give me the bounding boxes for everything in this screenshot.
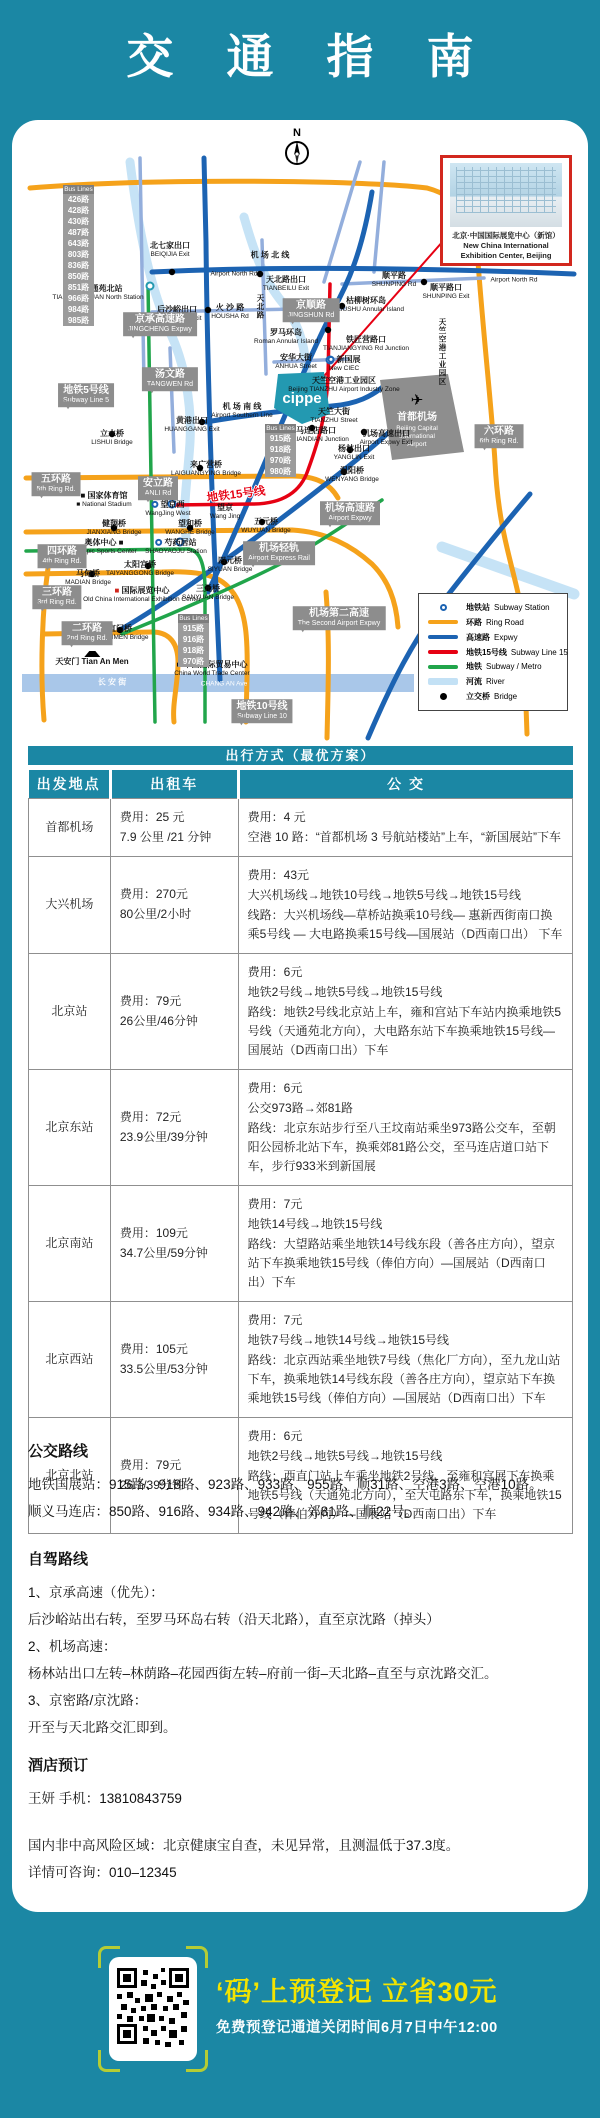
legend-line-icon [427,620,459,624]
map-label: Airport North Rd [211,270,258,277]
map-callout: 京顺路JINGSHUN Rd [283,298,340,322]
callout-cn: 地铁10号线 [236,701,287,713]
map-label-en: YANGLIN Exit [334,454,375,461]
bus-line-item: 966路 [63,293,94,304]
legend-label-cn: 立交桥 [466,692,490,701]
north-arrow: N [282,128,312,172]
legend-label-cn: 地铁15号线 [466,648,507,657]
bus-line-item: 916路 [178,634,209,645]
callout-en: JINGCHENG Expwy [128,326,192,334]
map-label-cn: 望和桥 [165,520,215,529]
venue-caption-en2: Exhibition Center, Beijing [445,251,567,261]
bus-line-item: 430路 [63,216,94,227]
bus-line-item: 918路 [265,444,296,455]
map-label-cn: 枯柳树环岛 [328,297,404,306]
callout-en: ANLI Rd [143,490,173,498]
bus-line-item: 918路 [178,645,209,656]
bus-line: 大兴机场线→地铁10号线→地铁5号线→地铁15号线 [248,886,563,905]
cell-departure: 北京东站 [29,1069,111,1185]
bus-line-item: 643路 [63,238,94,249]
legend-label-en: Bridge [494,692,517,701]
callout-cn: 汤文路 [147,369,193,381]
legend-label: 高速路Expwy [466,632,518,643]
map-label-en: Airport North Rd [491,276,538,283]
taxi-line: 费用：270元 [120,885,229,904]
table-header-row: 出发地点出租车公 交 [29,770,573,798]
map-label-en: JIANXIANG Bridge [87,529,142,536]
legend-label: 立交桥Bridge [466,691,517,702]
bus-line: 费用：43元 [248,866,563,885]
map-callout: 六环路6th Ring Rd. [475,424,524,448]
map-label-en: LAIGUANGYING Bridge [171,470,241,477]
section-line: 王妍 手机：13810843759 [28,1785,576,1812]
taxi-line: 费用：72元 [120,1108,229,1127]
callout-cn: 机场第二高速 [298,608,381,620]
map-label: 太阳宫桥TAIYANGGONG Bridge [106,561,174,577]
legend-line-icon [427,665,459,669]
taxi-line: 费用：79元 [120,992,229,1011]
venue-caption-cn: 北京·中国国际展览中心（新馆） [445,231,567,241]
map-label: 马甸桥MADIAN Bridge [65,570,111,586]
map-label: 望和桥WANGHE Bridge [165,520,215,536]
callout-en: JINGSHUN Rd [288,312,335,320]
bus-lines-header: Bus Lines [178,614,209,623]
table-row: 北京东站费用：72元23.9公里/39分钟费用：6元公交973路→郊81路路线：… [29,1069,573,1185]
map-label-cn: 铁匠营路口 [323,336,409,345]
map-callout: 二环路2nd Ring Rd. [62,621,113,645]
map-label-en: HOUSHA Rd [211,313,249,320]
trip-table-section: 出行方式（最优方案） 出发地点出租车公 交 首都机场费用：25 元7.9 公里 … [28,746,573,1534]
cell-taxi: 费用：72元23.9公里/39分钟 [110,1069,238,1185]
map-label-cn: 立水桥 [91,430,133,439]
bus-line: 路线：北京西站乘坐地铁7号线（焦化厂方向），至九龙山站下车，换乘地铁14号线东段… [248,1351,563,1408]
taxi-line: 7.9 公里 /21 分钟 [120,828,229,847]
map-label-en: WANGHE Bridge [165,529,215,536]
map-label-cn: 长 安 街 [98,679,126,688]
map-label-en: Beijing TIANZHU Airport Industry Zone [288,386,400,393]
callout-en: 2nd Ring Rd. [67,635,108,643]
legend-row: 地铁Subway / Metro [427,659,559,674]
north-label: N [282,128,312,139]
cell-departure: 大兴机场 [29,856,111,953]
bus-line: 费用：7元 [248,1311,563,1330]
section-line: 3、京密路/京沈路： [28,1687,576,1714]
legend-swatch [428,650,458,654]
map-label: 天北路出口TIANBEILU Exit [263,276,309,292]
bus-line: 路线：北京东站步行至八王坟南站乘坐973路公交车，至朝阳公园桥北站下车，换乘郊8… [248,1119,563,1176]
map-label-cn: 马甸桥 [65,570,111,579]
callout-en: TANGWEN Rd [147,381,193,389]
table-row: 大兴机场费用：270元80公里/2小时费用：43元大兴机场线→地铁10号线→地铁… [29,856,573,953]
taxi-line: 80公里/2小时 [120,905,229,924]
bus-line-item: 915路 [178,623,209,634]
cell-taxi: 费用：79元26公里/46分钟 [110,953,238,1069]
cell-taxi: 费用：109元34.7公里/59分钟 [110,1185,238,1301]
legend-label: 地铁站Subway Station [466,602,550,613]
map-callout: 地铁10号线Subway Line 10 [231,699,292,723]
callout-cn: 四环路 [43,546,82,558]
map-label-en: TIANJIANGYING Rd Junction [323,345,409,352]
venue-inset: 北京·中国国际展览中心（新馆） New China International … [440,155,572,266]
cell-taxi: 费用：270元80公里/2小时 [110,856,238,953]
map-label-en: WUYUAN Bridge [241,527,290,534]
bus-line-item: 836路 [63,260,94,271]
map-label: 望京Wang Jing [210,504,240,520]
taxi-line: 33.5公里/53分钟 [120,1360,229,1379]
map-label-en: SIYUAN Bridge [208,566,253,573]
section-line: 2、机场高速： [28,1633,576,1660]
callout-cn: 安立路 [143,478,173,490]
map-callout: 机场高速路Airport Expwy [320,501,380,525]
section-heading: 公交路线 [28,1440,576,1461]
transit-map: cippe ✈ 首都机场 Beijing Capital Internation… [12,122,588,747]
map-label-cn: ■ 国家体育馆 [76,492,131,501]
map-callout: 机场第二高速The Second Airport Expwy [293,606,386,630]
callout-en: Airport Express Rail [248,555,310,563]
bus-line-item: 985路 [63,315,94,326]
map-label: 天竺大街TIANZHU Street [310,408,357,424]
taxi-line: 23.9公里/39分钟 [120,1128,229,1147]
map-callout: 地铁5号线Subway Line 5 [58,383,114,407]
map-label-en: TIANZHU Street [310,417,357,424]
legend-label: 地铁15号线Subway Line 15 [466,647,568,658]
legend-label: 地铁Subway / Metro [466,661,542,672]
table-column-header: 出发地点 [29,770,111,798]
callout-cn: 机场高速路 [325,503,375,515]
footer-banner: ‘码’上预登记 立省30元 免费预登记通道关闭时间6月7日中午12:00 [0,1930,600,2118]
map-label: 枯柳树环岛KULIUSHU Annular Island [328,297,404,313]
map-label: 杨林出口YANGLIN Exit [334,445,375,461]
bus-line-item: 428路 [63,205,94,216]
legend-river-icon [427,678,459,685]
bus-line-item: 970路 [178,656,209,667]
map-label: 罗马环岛Roman Annular Island [254,329,318,345]
map-label: CHANG AN Ave [201,680,247,687]
legend-line-icon [427,635,459,639]
table-title: 出行方式（最优方案） [28,746,573,765]
taxi-line: 34.7公里/59分钟 [120,1244,229,1263]
map-label-cn: ■ 国际展览中心 [83,587,201,596]
cell-bus: 费用：43元大兴机场线→地铁10号线→地铁5号线→地铁15号线线路：大兴机场线—… [238,856,572,953]
map-label-en: LISHUI Bridge [91,439,133,446]
map-label-cn: 天北路出口 [263,276,309,285]
map-vertical-label: 天北路 [255,294,266,320]
subway-station-icon [156,539,163,546]
section-bus-routes: 公交路线地铁国展站：915路、918路、923路、933路、955路、顺31路、… [28,1440,576,1525]
section-line: 杨林站出口左转–林荫路–花园西街左转–府前一街–天北路–直至与京沈路交汇。 [28,1660,576,1687]
legend-swatch [428,620,458,624]
page-title: 交 通 指 南 [10,20,600,87]
legend-label-cn: 河流 [466,677,482,686]
taxi-line: 26公里/46分钟 [120,1012,229,1031]
pre-register-deadline: 免费预登记通道关闭时间6月7日中午12:00 [216,2016,498,2037]
map-label: 天竺空港工业园区Beijing TIANZHU Airport Industry… [288,377,400,393]
callout-cn: 地铁5号线 [63,385,109,397]
qr-code [98,1946,208,2072]
callout-cn: 京顺路 [288,300,335,312]
bus-line: 费用：6元 [248,1079,563,1098]
map-label-cn: 天竺空港工业园区 [288,377,400,386]
legend-label-en: River [486,677,505,686]
map-label-cn: 望京 [210,504,240,513]
bus-line-item: 851路 [63,282,94,293]
bus-line: 公交973路→郊81路 [248,1099,563,1118]
legend-label: 环路Ring Road [466,617,524,628]
map-label-en: WangJing West [145,510,190,517]
bus-line: 空港 10 路：“首都机场 3 号航站楼站”上车，“新国展站”下车 [248,828,563,847]
trip-table: 出发地点出租车公 交 首都机场费用：25 元7.9 公里 /21 分钟费用：4 … [28,770,573,1534]
traffic-guide-poster: { "colors":{"teal":"#1b87a4","orange":"#… [0,0,600,2118]
section-line: 详情可咨询：010–12345 [28,1859,576,1886]
map-callout: 五环路5th Ring Rd. [32,472,81,496]
legend-dot-icon [427,693,459,700]
map-callout: 三环路3rd Ring Rd. [32,585,81,609]
map-label-cn: 温阳桥 [325,467,379,476]
legend-swatch [428,665,458,669]
airport-label-cn: 首都机场 [397,410,437,423]
map-label: 芍药居站SHAOYAOJU Station [145,539,207,555]
legend-label-en: Ring Road [486,618,524,627]
map-label: ■ 国际展览中心Old China International Exhibiti… [83,587,201,603]
map-callout: 京承高速路JINGCHENG Expwy [123,312,197,336]
bus-line: 线路：大兴机场线—草桥站换乘10号线— 惠新西街南口换乘5号线 — 大电路换乘1… [248,906,563,944]
section-heading: 酒店预订 [28,1754,576,1775]
map-label-cn: 五元桥 [241,518,290,527]
map-label-cn: 天竺大街 [310,408,357,417]
map-label-cn: 顺平路 [372,272,416,281]
taxi-line: 费用：109元 [120,1224,229,1243]
callout-cn: 京承高速路 [128,314,192,326]
table-row: 北京站费用：79元26公里/46分钟费用：6元地铁2号线→地铁5号线→地铁15号… [29,953,573,1069]
cell-bus: 费用：7元地铁7号线→地铁14号线→地铁15号线路线：北京西站乘坐地铁7号线（焦… [238,1301,572,1417]
map-label: 顺平路SHUNPING Rd [372,272,416,288]
map-label-en: Roman Annular Island [254,338,318,345]
map-label-en: SHAOYAOJU Station [145,548,207,555]
cell-bus: 费用：6元地铁2号线→地铁5号线→地铁15号线路线：地铁2号线北京站上车，雍和宫… [238,953,572,1069]
map-label-cn: 机 场 北 线 [251,252,290,261]
map-label-en: HUANGGANG Exit [164,426,219,433]
map-label: 机 场 南 线Airport Southern Line [211,403,272,419]
callout-en: 4th Ring Rd. [43,558,82,566]
map-label-en: Airport North Rd [211,270,258,277]
map-label-en: CHANG AN Ave [201,680,247,687]
compass-icon [283,139,311,167]
legend-label-en: Expwy [494,633,518,642]
legend-label-cn: 地铁 [466,662,482,671]
legend-swatch [428,678,458,685]
map-label: 长 安 街 [98,679,126,688]
section-line: 后沙峪站出右转，至罗马环岛右转（沿天北路），直至京沈路（掉头） [28,1606,576,1633]
map-label-cn: 芍药居站 [145,539,207,548]
map-label: 来广营桥LAIGUANGYING Bridge [171,461,241,477]
map-label-cn: 健翔桥 [87,520,142,529]
bus-line-item: 426路 [63,194,94,205]
map-legend: 地铁站Subway Station环路Ring Road高速路Expwy地铁15… [418,593,568,711]
cell-taxi: 费用：105元33.5公里/53分钟 [110,1301,238,1417]
map-label: 安华大街ANHUA Street [275,354,317,370]
section-driving-routes: 自驾路线1、京承高速（优先）：后沙峪站出右转，至罗马环岛右转（沿天北路），直至京… [28,1548,576,1741]
map-label: 铁匠营路口TIANJIANGYING Rd Junction [323,336,409,352]
map-label: 温阳桥WENYANG Bridge [325,467,379,483]
taxi-line: 费用：25 元 [120,808,229,827]
callout-en: The Second Airport Expwy [298,620,381,628]
map-label: 健翔桥JIANXIANG Bridge [87,520,142,536]
map-label: 顺平路口SHUNPING Exit [423,284,470,300]
map-label-en: ANHUA Street [275,363,317,370]
map-label-en: WENYANG Bridge [325,476,379,483]
section-line: 开至与天北路交汇即到。 [28,1714,576,1741]
bus-line-item: 803路 [63,249,94,260]
map-label-en: TIANBEILU Exit [263,285,309,292]
map-label: 五元桥WUYUAN Bridge [241,518,290,534]
marker-icon: ■ [114,586,121,595]
cell-departure: 北京西站 [29,1301,111,1417]
table-row: 北京南站费用：109元34.7公里/59分钟费用：7元地铁14号线→地铁15号线… [29,1185,573,1301]
map-label-cn: 顺平路口 [423,284,470,293]
map-label-en: New CIEC [328,365,361,372]
map-label-en: China World Trade Center [174,670,249,677]
bus-line: 路线：大望路站乘坐地铁14号线东段（善各庄方向），望京站下车换乘地铁15号线（俸… [248,1235,563,1292]
legend-label-en: Subway / Metro [486,662,542,671]
legend-row: 环路Ring Road [427,615,559,630]
map-label: 新国展New CIEC [328,356,361,372]
cell-bus: 费用：4 元空港 10 路：“首都机场 3 号航站楼站”上车，“新国展站”下车 [238,798,572,856]
map-label-en: BEIQIJIA Exit [150,251,190,258]
bus-line: 地铁2号线→地铁5号线→地铁15号线 [248,983,563,1002]
taxi-line: 费用：105元 [120,1340,229,1359]
legend-line-icon [427,650,459,654]
map-label-cn: 火 沙 路 [211,304,249,313]
callout-en: 5th Ring Rd. [37,486,76,494]
bus-lines-box: Bus Lines426路428路430路487路643路803路836路850… [63,185,94,326]
table-column-header: 公 交 [238,770,572,798]
venue-caption-en1: New China International [445,241,567,251]
cell-bus: 费用：6元公交973路→郊81路路线：北京东站步行至八王坟南站乘坐973路公交车… [238,1069,572,1185]
bus-line-item: 970路 [265,455,296,466]
callout-cn: 六环路 [480,426,519,438]
map-callout: 机场轻轨Airport Express Rail [243,541,315,565]
map-label-en: SHUNPING Rd [372,281,416,288]
callout-en: Airport Expwy [325,515,375,523]
legend-row: 地铁15号线Subway Line 15 [427,645,559,660]
map-callout: 安立路ANLI Rd [138,476,178,500]
map-label-en: ■ National Stadium [76,501,131,508]
bus-line-item: 850路 [63,271,94,282]
map-callout: 四环路4th Ring Rd. [38,544,87,568]
map-vertical-label: 天竺空港工业园区 [437,318,448,386]
legend-station-icon [427,604,459,611]
map-label: 北七家出口BEIQIJIA Exit [150,242,190,258]
bus-line: 费用：4 元 [248,808,563,827]
cell-bus: 费用：7元地铁14号线→地铁15号线路线：大望路站乘坐地铁14号线东段（善各庄方… [238,1185,572,1301]
map-label: 天安门 Tian An Men [55,651,128,667]
map-label-cn: 安华大街 [275,354,317,363]
map-label-en: TAIYANGGONG Bridge [106,570,174,577]
map-label: Airport North Rd [491,276,538,283]
legend-row: 立交桥Bridge [427,689,559,704]
section-line: 1、京承高速（优先）： [28,1579,576,1606]
legend-label-en: Subway Line 15 [511,648,568,657]
map-label-cn: 机场高速出口 [360,430,413,439]
bus-line: 费用：6元 [248,963,563,982]
map-label: 火 沙 路HOUSHA Rd [211,304,249,320]
legend-label-cn: 地铁站 [466,603,490,612]
cell-departure: 北京南站 [29,1185,111,1301]
cell-departure: 北京站 [29,953,111,1069]
subway-station-icon [440,604,447,611]
callout-cn: 三环路 [37,587,76,599]
callout-en: Subway Line 10 [236,713,287,721]
bus-lines-header: Bus Lines [63,185,94,194]
qr-pattern [117,1968,189,2050]
bus-line-item: 980路 [265,466,296,477]
section-line: 顺义马连店：850路、916路、934路、942路、郊81路、顺22号。 [28,1498,576,1525]
map-label-cn: 天安门 Tian An Men [55,658,128,667]
cell-taxi: 费用：25 元7.9 公里 /21 分钟 [110,798,238,856]
map-label-en: Airport Southern Line [211,412,272,419]
map-label-cn: 来广营桥 [171,461,241,470]
bus-lines-header: Bus Lines [265,424,296,433]
section-line: 国内非中高风险区域：北京健康宝自查，未见异常，且测温低于37.3度。 [28,1832,576,1859]
callout-cn: 机场轻轨 [248,543,310,555]
table-column-header: 出租车 [110,770,238,798]
content-panel: cippe ✈ 首都机场 Beijing Capital Internation… [12,120,588,1912]
legend-swatch [428,635,458,639]
map-label-cn: 机 场 南 线 [211,403,272,412]
map-label-cn: 新国展 [328,356,361,365]
map-label: 立水桥LISHUI Bridge [91,430,133,446]
bus-line-item: 984路 [63,304,94,315]
map-callout: 汤文路TANGWEN Rd [142,367,198,391]
map-label-cn: 罗马环岛 [254,329,318,338]
bus-line: 路线：地铁2号线北京站上车，雍和宫站下车站内换乘地铁5号线（天通苑北方向），大电… [248,1003,563,1060]
table-row: 首都机场费用：25 元7.9 公里 /21 分钟费用：4 元空港 10 路：“首… [29,798,573,856]
bus-line: 费用：7元 [248,1195,563,1214]
subway-station-icon [328,356,335,363]
map-label-cn: 杨林出口 [334,445,375,454]
map-label-en: Old China International Exhibition Cente… [83,596,201,603]
venue-photo [450,163,562,227]
airplane-icon: ✈ [411,392,424,409]
section-hotel-booking: 酒店预订王妍 手机：13810843759 [28,1754,576,1812]
legend-label-en: Subway Station [494,603,550,612]
cell-departure: 首都机场 [29,798,111,856]
qr-card [109,1957,197,2061]
legend-row: 河流River [427,674,559,689]
map-label-en: SHUNPING Exit [423,293,470,300]
legend-label-cn: 环路 [466,618,482,627]
map-label-cn: 太阳宫桥 [106,561,174,570]
bus-line: 地铁14号线→地铁15号线 [248,1215,563,1234]
callout-cn: 二环路 [67,623,108,635]
map-label-cn: 北七家出口 [150,242,190,251]
bus-line-item: 915路 [265,433,296,444]
pre-register-slogan: ‘码’上预登记 立省30元 [216,1970,498,2009]
bridge-dot-icon [440,693,447,700]
table-row: 北京西站费用：105元33.5公里/53分钟费用：7元地铁7号线→地铁14号线→… [29,1301,573,1417]
section-heading: 自驾路线 [28,1548,576,1569]
bus-lines-box: Bus Lines915路918路970路980路 [265,424,296,477]
section-line: 地铁国展站：915路、918路、923路、933路、955路、顺31路、空港3路… [28,1471,576,1498]
bus-lines-box: Bus Lines915路916路918路970路 [178,614,209,667]
callout-en: Subway Line 5 [63,397,109,405]
callout-cn: 五环路 [37,474,76,486]
bus-line: 地铁7号线→地铁14号线→地铁15号线 [248,1331,563,1350]
callout-en: 3rd Ring Rd. [37,599,76,607]
section-health-notice: 国内非中高风险区域：北京健康宝自查，未见异常，且测温低于37.3度。详情可咨询：… [28,1832,576,1886]
map-label: 黄港出口HUANGGANG Exit [164,417,219,433]
map-label: 机 场 北 线 [251,252,290,261]
